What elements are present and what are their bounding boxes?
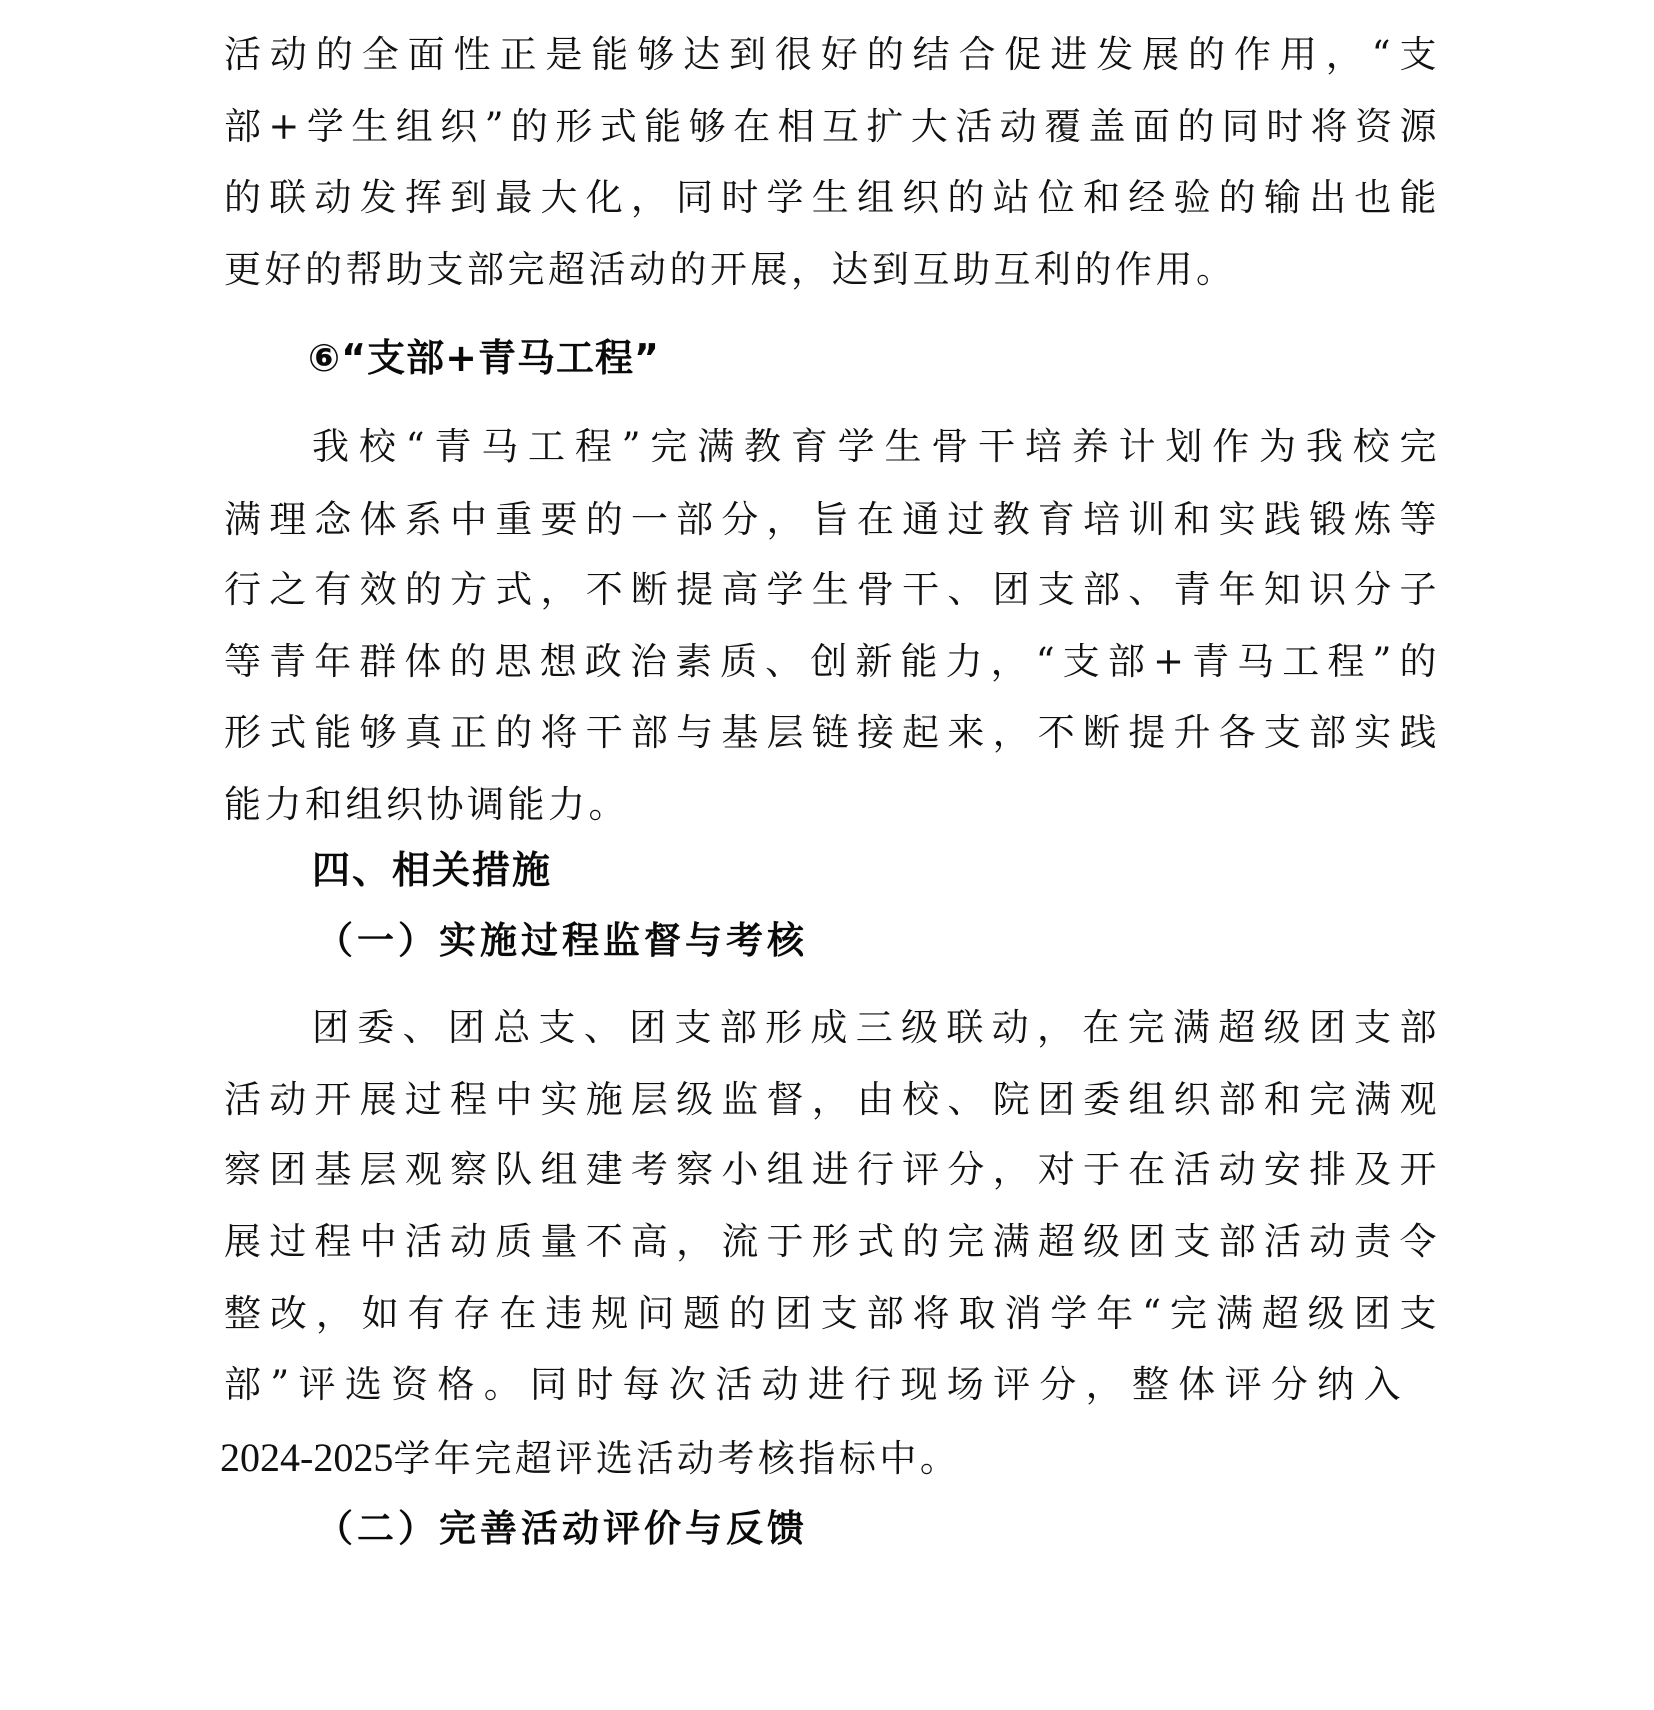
heading-branch-qingma: ⑥“支部+青马工程” (308, 332, 660, 384)
subsection-title-supervision: （一）实施过程监督与考核 (316, 914, 808, 966)
paragraph-3-line-6: 部”评选资格。同时每次活动进行现场评分，整体评分纳入 (224, 1361, 1404, 1409)
paragraph-1-line-4: 更好的帮助支部完超活动的开展，达到互助互利的作用。 (224, 246, 1454, 294)
paragraph-3-line-5: 整改，如有存在违规问题的团支部将取消学年“完满超级团支 (224, 1290, 1440, 1338)
paragraph-3-line-7-text: 学年完超评选活动考核指标中。 (393, 1437, 960, 1480)
paragraph-1-line-1: 活动的全面性正是能够达到很好的结合促进发展的作用，“支 (224, 31, 1440, 79)
paragraph-3-line-1: 团委、团总支、团支部形成三级联动，在完满超级团支部 (312, 1004, 1440, 1052)
paragraph-3-line-4: 展过程中活动质量不高，流于形式的完满超级团支部活动责令 (224, 1218, 1440, 1266)
paragraph-1-line-3: 的联动发挥到最大化，同时学生组织的站位和经验的输出也能 (224, 174, 1440, 222)
paragraph-2-line-4: 等青年群体的思想政治素质、创新能力，“支部+青马工程”的 (224, 638, 1440, 686)
paragraph-2-line-6: 能力和组织协调能力。 (224, 781, 1454, 829)
subsection-title-evaluation-feedback: （二）完善活动评价与反馈 (316, 1502, 808, 1554)
paragraph-3-line-3: 察团基层观察队组建考察小组进行评分，对于在活动安排及开 (224, 1146, 1440, 1194)
paragraph-2-line-3: 行之有效的方式，不断提高学生骨干、团支部、青年知识分子 (224, 566, 1440, 614)
document-page: 活动的全面性正是能够达到很好的结合促进发展的作用，“支 部+学生组织”的形式能够… (0, 0, 1654, 1710)
paragraph-3-line-2: 活动开展过程中实施层级监督，由校、院团委组织部和完满观 (224, 1076, 1440, 1124)
paragraph-1-line-2: 部+学生组织”的形式能够在相互扩大活动覆盖面的同时将资源 (224, 103, 1440, 151)
section-title-related-measures: 四、相关措施 (312, 844, 552, 896)
paragraph-2-line-1: 我校“青马工程”完满教育学生骨干培养计划作为我校完 (312, 423, 1440, 471)
academic-year: 2024-2025 (220, 1435, 393, 1480)
paragraph-3-line-7: 2024-2025学年完超评选活动考核指标中。 (220, 1434, 1450, 1483)
paragraph-2-line-2: 满理念体系中重要的一部分，旨在通过教育培训和实践锻炼等 (224, 496, 1440, 544)
paragraph-2-line-5: 形式能够真正的将干部与基层链接起来，不断提升各支部实践 (224, 709, 1440, 757)
